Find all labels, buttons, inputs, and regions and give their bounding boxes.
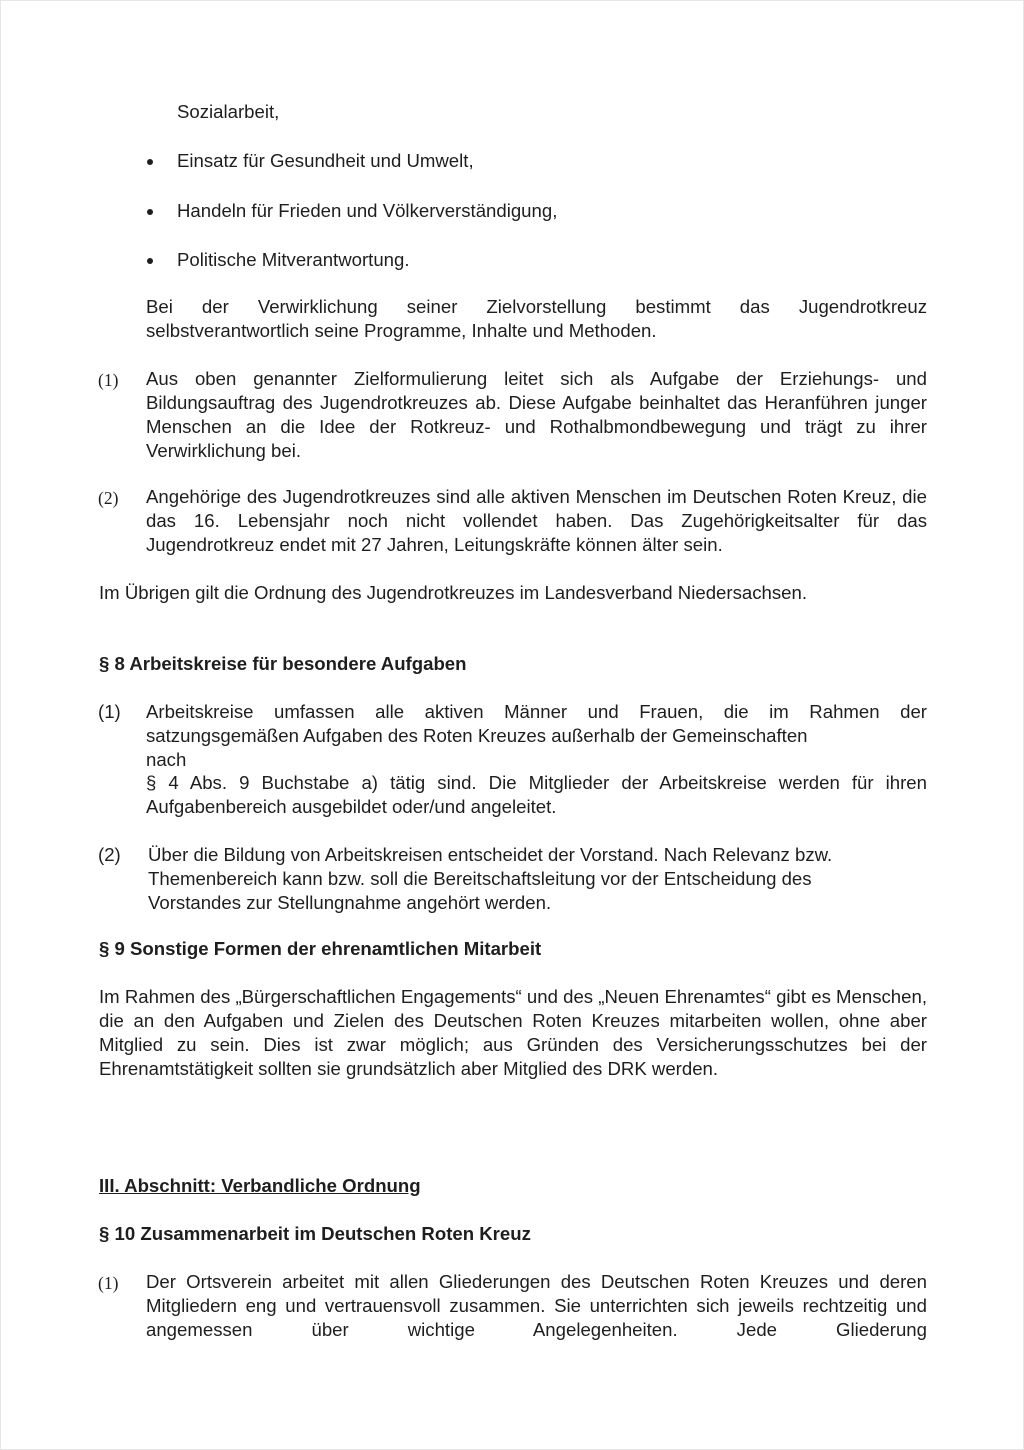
- clause-marker: (1): [98, 368, 118, 392]
- jrk-closing-paragraph: Im Übrigen gilt die Ordnung des Jugendro…: [99, 581, 807, 605]
- section-8-clause-1-text-cont: § 4 Abs. 9 Buchstabe a) tätig sind. Die …: [146, 771, 927, 819]
- jrk-clause-2-text: Angehörige des Jugendrotkreuzes sind all…: [146, 485, 927, 557]
- part-3-heading: III. Abschnitt: Verbandliche Ordnung: [99, 1174, 421, 1198]
- clause-marker: (2): [98, 486, 118, 510]
- list-item-text: Handeln für Frieden und Völkerverständig…: [177, 199, 557, 223]
- list-item-text: Politische Mitverantwortung.: [177, 248, 410, 272]
- clause-marker: (1): [98, 1271, 118, 1295]
- clause-marker: (1): [98, 700, 121, 724]
- jrk-programs-paragraph: Bei der Verwirklichung seiner Zielvorste…: [146, 295, 927, 343]
- section-10-heading: § 10 Zusammenarbeit im Deutschen Roten K…: [99, 1222, 531, 1246]
- jrk-clause-1-text: Aus oben genannter Zielformulierung leit…: [146, 367, 927, 463]
- section-10-clause-1-text: Der Ortsverein arbeitet mit allen Gliede…: [146, 1270, 927, 1342]
- section-9-text: Im Rahmen des „Bürgerschaftlichen Engage…: [99, 985, 927, 1081]
- section-8-clause-2-line: Vorstandes zur Stellungnahme angehört we…: [148, 891, 551, 915]
- list-item-text: Einsatz für Gesundheit und Umwelt,: [177, 149, 474, 173]
- section-8-heading: § 8 Arbeitskreise für besondere Aufgaben: [99, 652, 467, 676]
- section-8-clause-2-line: Themenbereich kann bzw. soll die Bereits…: [148, 867, 812, 891]
- document-page: Sozialarbeit, Einsatz für Gesundheit und…: [0, 0, 1024, 1450]
- section-8-clause-1-text: Arbeitskreise umfassen alle aktiven Männ…: [146, 700, 927, 748]
- section-8-clause-2-line: Über die Bildung von Arbeitskreisen ents…: [148, 843, 832, 867]
- section-8-clause-1-text-break: nach: [146, 748, 927, 772]
- continuation-line: Sozialarbeit,: [177, 100, 279, 124]
- clause-marker: (2): [98, 843, 121, 867]
- section-9-heading: § 9 Sonstige Formen der ehrenamtlichen M…: [99, 937, 541, 961]
